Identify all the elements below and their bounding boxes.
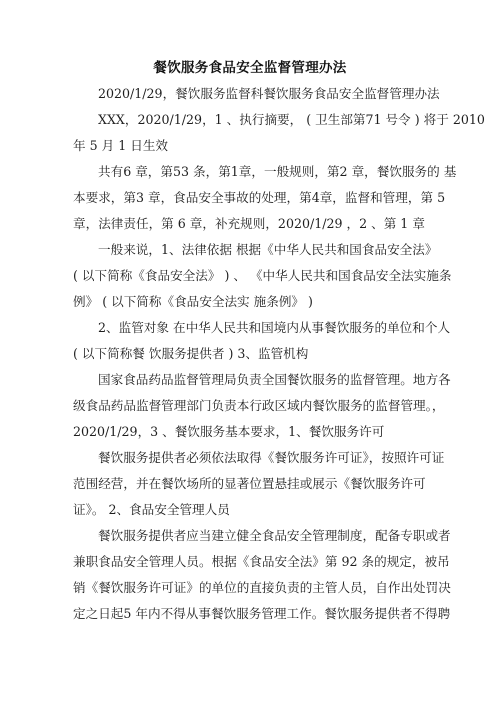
document-page: 餐饮服务食品安全监督管理办法 2020/1/29，餐饮服务监督科餐饮服务食品安全… bbox=[0, 0, 500, 707]
text-line: 2、监管对象 在中华人民共和国境内从事餐饮服务的单位和个人 bbox=[73, 315, 427, 341]
document-body: 2020/1/29，餐饮服务监督科餐饮服务食品安全监督管理办法 XXX，2020… bbox=[73, 81, 427, 627]
document-title: 餐饮服务食品安全监督管理办法 bbox=[0, 56, 500, 76]
text-line: 定之日起5 年内不得从事餐饮服务管理工作。餐饮服务提供者不得聘 bbox=[73, 601, 427, 627]
text-line: 证》。 2、食品安全管理人员 bbox=[73, 497, 427, 523]
text-line: 餐饮服务提供者应当建立健全食品安全管理制度，配备专职或者 bbox=[73, 523, 427, 549]
text-line: 2020/1/29，3 、餐饮服务基本要求，1、餐饮服务许可 bbox=[73, 419, 427, 445]
text-line: 年 5 月 1 日生效 bbox=[73, 133, 427, 159]
text-line: XXX，2020/1/29，1 、执行摘要， ( 卫生部第71 号令 ) 将于 … bbox=[73, 107, 427, 133]
text-line: ( 以下简称《食品安全法》 ) 、 《中华人民共和国食品安全法实施条 bbox=[73, 263, 427, 289]
text-line: 餐饮服务提供者必须依法取得《餐饮服务许可证》，按照许可证 bbox=[73, 445, 427, 471]
text-line: 共有6 章，第53 条，第1章，一般规则，第2 章，餐饮服务的 基 bbox=[73, 159, 427, 185]
text-line: ( 以下简称餐 饮服务提供者 ) 3、监管机构 bbox=[73, 341, 427, 367]
text-line: 兼职食品安全管理人员。根据《食品安全法》第 92 条的规定，被吊 bbox=[73, 549, 427, 575]
text-line: 国家食品药品监督管理局负责全国餐饮服务的监督管理。地方各 bbox=[73, 367, 427, 393]
text-line: 范围经营，并在餐饮场所的显著位置悬挂或展示《餐饮服务许可 bbox=[73, 471, 427, 497]
text-line: 本要求，第3 章，食品安全事故的处理，第4章，监督和管理，第 5 bbox=[73, 185, 427, 211]
text-line: 章，法律责任，第 6 章，补充规则，2020/1/29 ，2 、第 1 章 bbox=[73, 211, 427, 237]
text-line: 一般来说，1、法律依据 根据《中华人民共和国食品安全法》 bbox=[73, 237, 427, 263]
text-line: 级食品药品监督管理部门负责本行政区域内餐饮服务的监督管理。， bbox=[73, 393, 427, 419]
text-line: 例》 ( 以下简称《食品安全法实 施条例》 ) bbox=[73, 289, 427, 315]
text-line: 2020/1/29，餐饮服务监督科餐饮服务食品安全监督管理办法 bbox=[73, 81, 427, 107]
text-line: 销《餐饮服务许可证》的单位的直接负责的主管人员，自作出处罚决 bbox=[73, 575, 427, 601]
